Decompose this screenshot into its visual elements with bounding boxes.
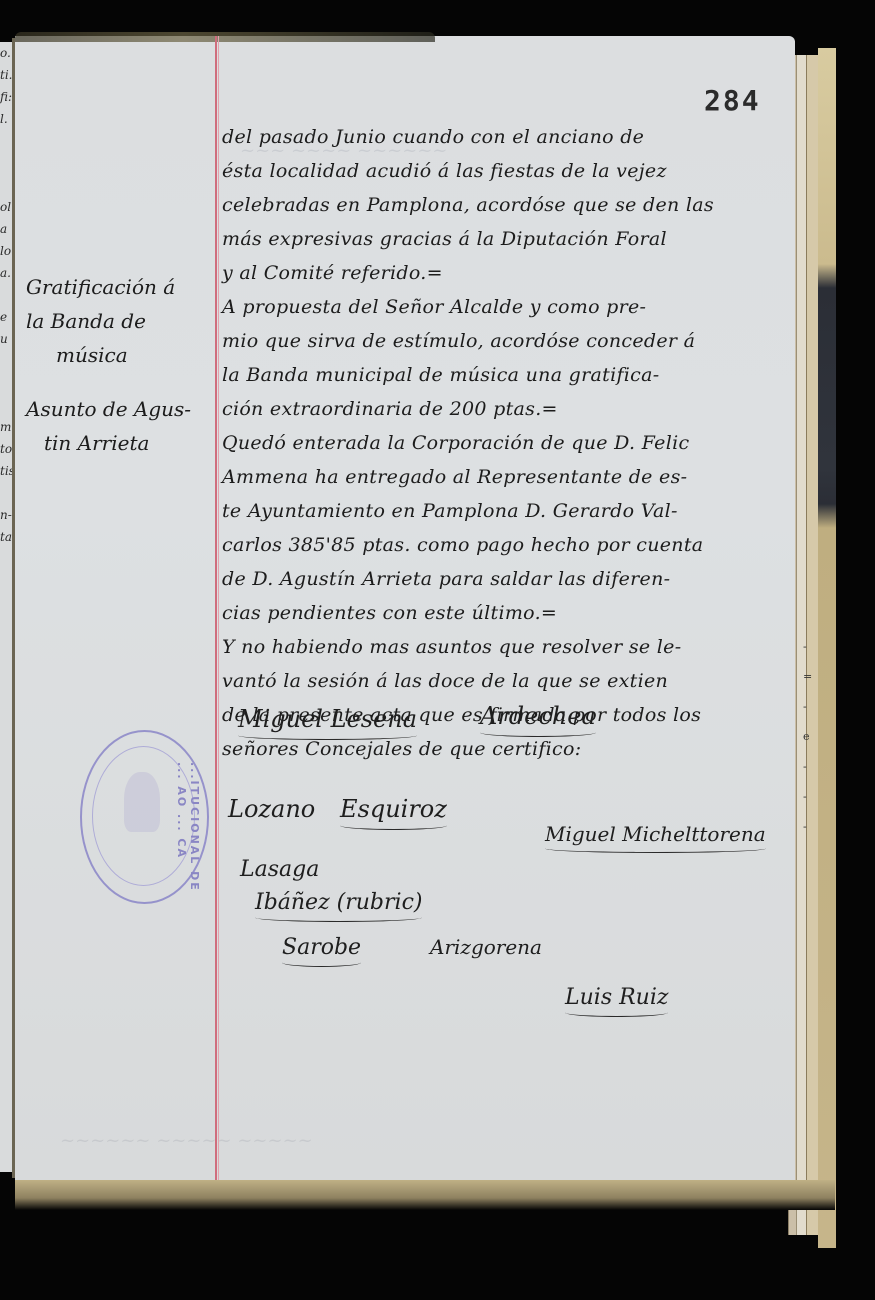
margin-note-line: Gratificación á [26, 270, 216, 304]
left-fragment: to [0, 438, 12, 460]
left-fragment [0, 350, 12, 372]
body-line: más expresivas gracias á la Diputación F… [222, 222, 782, 256]
left-fragment: a [0, 218, 12, 240]
left-fragment [0, 482, 12, 504]
left-fragment [0, 174, 12, 196]
seal-text: ...ITUCIONAL DE ... AO ... CA [175, 762, 201, 902]
minutes-body: del pasado Junio cuando con el anciano d… [222, 120, 782, 766]
official-seal-icon: ...ITUCIONAL DE ... AO ... CA [80, 730, 209, 904]
left-fragment [0, 394, 12, 416]
left-fragment: ta. [0, 526, 12, 548]
signature: Luis Ruiz [565, 985, 668, 1017]
body-line: y al Comité referido.= [222, 256, 782, 290]
left-page-edge: o. ti. fi: l. ol a lo a. e u m. to tis. … [0, 42, 12, 1172]
body-line: del pasado Junio cuando con el anciano d… [222, 120, 782, 154]
signature-name: Lozano [228, 795, 315, 823]
body-line: mio que sirva de estímulo, acordóse conc… [222, 324, 782, 358]
left-fragment [0, 284, 12, 306]
margin-notes: Gratificación á la Banda de música Asunt… [26, 270, 216, 460]
seal-figure [124, 772, 160, 832]
body-line: ésta localidad acudió á las fiestas de l… [222, 154, 782, 188]
signature: Ardechea [480, 702, 596, 737]
left-fragment: fi: [0, 86, 12, 108]
margin-note-line: tin Arrieta [26, 426, 216, 460]
signature-name: Sarobe [282, 935, 361, 960]
margin-rule [218, 36, 219, 1180]
left-fragment [0, 152, 12, 174]
body-line: celebradas en Pamplona, acordóse que se … [222, 188, 782, 222]
left-fragment: o. [0, 42, 12, 64]
signature: Sarobe [282, 935, 361, 967]
signature: Lasaga [240, 857, 319, 882]
body-line: la Banda municipal de música una gratifi… [222, 358, 782, 392]
left-fragment: tis. [0, 460, 12, 482]
body-line: A propuesta del Señor Alcalde y como pre… [222, 290, 782, 324]
margin-rule [215, 36, 217, 1180]
margin-note-line: música [26, 338, 216, 372]
signature-name: Miguel Lesena [238, 705, 417, 733]
body-line: carlos 385'85 ptas. como pago hecho por … [222, 528, 782, 562]
left-fragment: a. [0, 262, 12, 284]
signature-name: Luis Ruiz [565, 985, 668, 1010]
book-bottom-edge [15, 1180, 835, 1210]
margin-note-line: la Banda de [26, 304, 216, 338]
left-fragment [0, 372, 12, 394]
left-fragment: n- [0, 504, 12, 526]
left-fragment: ti. [0, 64, 12, 86]
signature: Miguel Lesena [238, 705, 417, 740]
left-fragment: l. [0, 108, 12, 130]
signature-name: Lasaga [240, 857, 319, 882]
left-page-fragments: o. ti. fi: l. ol a lo a. e u m. to tis. … [0, 42, 12, 548]
signature: Miguel Michelttorena [545, 822, 766, 853]
body-line: ción extraordinaria de 200 ptas.= [222, 392, 782, 426]
body-line: de D. Agustín Arrieta para saldar las di… [222, 562, 782, 596]
left-fragment: m. [0, 416, 12, 438]
signature: Lozano [228, 795, 315, 823]
left-fragment: lo [0, 240, 12, 262]
page-edge-marks: -=-e--- [803, 640, 813, 850]
signature-name: Miguel Michelttorena [545, 822, 766, 846]
left-fragment [0, 130, 12, 152]
body-line: Quedó enterada la Corporación de que D. … [222, 426, 782, 460]
signature-name: Ardechea [480, 702, 596, 730]
page-top-shadow [15, 32, 435, 42]
signature: Arizgorena [430, 935, 542, 959]
book-scan: o. ti. fi: l. ol a lo a. e u m. to tis. … [0, 0, 875, 1300]
page-number: 284 [704, 84, 761, 117]
signature-name: Ibáñez (rubric) [255, 890, 422, 915]
left-fragment: e [0, 306, 12, 328]
left-fragment: ol [0, 196, 12, 218]
signature-name: Arizgorena [430, 935, 542, 959]
margin-note-gratification: Gratificación á la Banda de música [26, 270, 216, 372]
signature: Ibáñez (rubric) [255, 890, 422, 922]
signature: Esquiroz [340, 795, 447, 830]
signature-name: Esquiroz [340, 795, 447, 823]
body-line: te Ayuntamiento en Pamplona D. Gerardo V… [222, 494, 782, 528]
book-cover-edge [818, 48, 836, 1248]
body-line: Ammena ha entregado al Representante de … [222, 460, 782, 494]
body-line: Y no habiendo mas asuntos que resolver s… [222, 630, 782, 664]
body-line: vantó la sesión á las doce de la que se … [222, 664, 782, 698]
margin-note-arrieta: Asunto de Agus- tin Arrieta [26, 392, 216, 460]
bleedthrough-text: ~~~~~~ ~~~~~ ~~~~~ [60, 1130, 313, 1151]
body-line: cias pendientes con este último.= [222, 596, 782, 630]
margin-note-line: Asunto de Agus- [26, 392, 216, 426]
left-fragment: u [0, 328, 12, 350]
